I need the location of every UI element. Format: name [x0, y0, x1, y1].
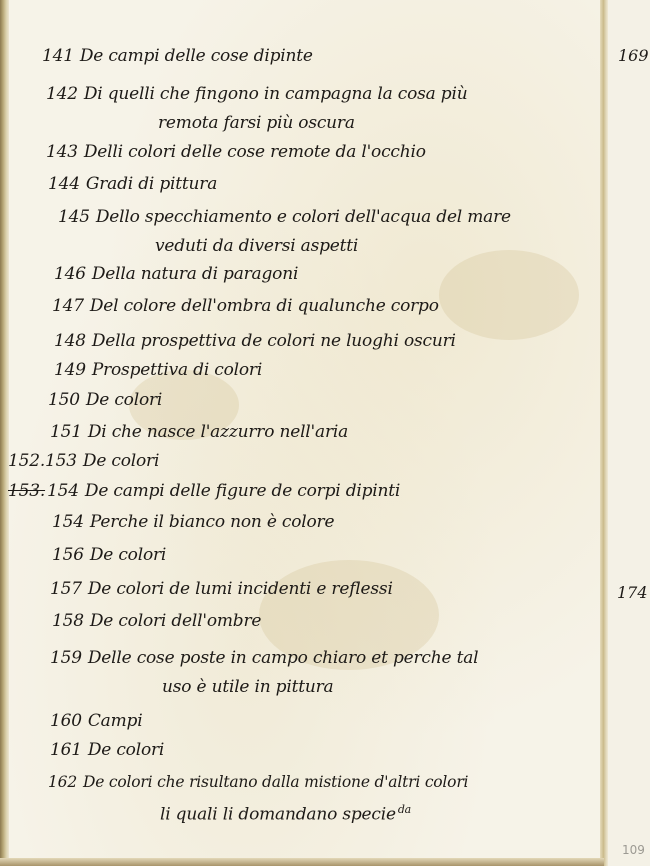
entry-text: Perche il bianco non è colore [90, 512, 334, 532]
entry-number: 154 [52, 512, 84, 532]
index-entry-154b: 154Perche il bianco non è colore [52, 512, 334, 532]
struck-entry-number: 153. [8, 481, 45, 501]
entry-number: 158 [52, 611, 84, 631]
manuscript-spread: 141De campi delle cose dipinte 142Di que… [0, 0, 650, 866]
index-entry-150: 150De colori [48, 390, 162, 410]
binding-edge [0, 0, 9, 866]
entry-text: De campi delle figure de corpi dipinti [85, 481, 400, 501]
entry-text: Dello specchiamento e colori dell'acqua … [96, 207, 511, 227]
entry-number: 144 [48, 174, 80, 194]
entry-text: De campi delle cose dipinte [80, 46, 313, 66]
entry-text: Delli colori delle cose remote da l'occh… [84, 142, 426, 162]
entry-number: 150 [48, 390, 80, 410]
folio-number: 109 [622, 843, 645, 857]
continuation-text: li quali li domandano specie [160, 805, 396, 825]
entry-text: Di quelli che fingono in campagna la cos… [84, 84, 468, 104]
entry-text: Prospettiva di colori [92, 360, 262, 380]
entry-text: De colori dell'ombre [90, 611, 261, 631]
index-entry-151: 151Di che nasce l'azzurro nell'aria [50, 422, 348, 442]
index-entry-145-continuation: veduti da diversi aspetti [155, 236, 358, 256]
index-entry-148: 148Della prospettiva de colori ne luoghi… [54, 331, 456, 351]
entry-number: 159 [50, 648, 82, 668]
entry-text: Gradi di pittura [86, 174, 217, 194]
index-entry-144: 144Gradi di pittura [48, 174, 217, 194]
entry-text: Del colore dell'ombra di qualunche corpo [90, 296, 439, 316]
entry-number: 147 [52, 296, 84, 316]
index-entry-160: 160Campi [50, 711, 142, 731]
entry-number: 161 [50, 740, 82, 760]
entry-text: Della prospettiva de colori ne luoghi os… [92, 331, 456, 351]
entry-text: De colori [88, 740, 164, 760]
superscript-insertion: da [398, 803, 411, 816]
entry-number: 152.153 [8, 451, 77, 471]
index-entry-152-153: 152.153De colori [8, 451, 159, 471]
index-entry-158: 158De colori dell'ombre [52, 611, 261, 631]
index-entry-161: 161De colori [50, 740, 164, 760]
index-entry-154a: 153.154De campi delle figure de corpi di… [8, 481, 400, 501]
index-entry-149: 149Prospettiva di colori [54, 360, 262, 380]
entry-number: 142 [46, 84, 78, 104]
index-entry-157: 157De colori de lumi incidenti e refless… [50, 579, 393, 599]
page-gutter [600, 0, 608, 866]
index-entry-162: 162De colori che risultano dalla mistion… [48, 773, 468, 791]
entry-number: 148 [54, 331, 86, 351]
index-entry-142: 142Di quelli che fingono in campagna la … [46, 84, 467, 104]
right-page-number-169: 169 [618, 46, 649, 65]
index-entry-141: 141De campi delle cose dipinte [42, 46, 313, 66]
entry-number: 149 [54, 360, 86, 380]
entry-number: 157 [50, 579, 82, 599]
index-entry-142-continuation: remota farsi più oscura [158, 113, 355, 133]
entry-number: 143 [46, 142, 78, 162]
bottom-edge [0, 858, 604, 866]
entry-number: 156 [52, 545, 84, 565]
entry-text: De colori [83, 451, 159, 471]
index-entry-156: 156De colori [52, 545, 166, 565]
entry-text: Della natura di paragoni [92, 264, 298, 284]
entry-number: 162 [48, 773, 77, 791]
entry-text: De colori de lumi incidenti e reflessi [88, 579, 393, 599]
index-entry-159: 159Delle cose poste in campo chiaro et p… [50, 648, 478, 668]
index-entry-162-continuation: li quali li domandano specieda [160, 803, 411, 825]
entry-text: Campi [88, 711, 143, 731]
index-entry-143: 143Delli colori delle cose remote da l'o… [46, 142, 426, 162]
entry-text: De colori che risultano dalla mistione d… [83, 773, 468, 791]
entry-number: 141 [42, 46, 74, 66]
entry-number: 145 [58, 207, 90, 227]
index-entry-147: 147Del colore dell'ombra di qualunche co… [52, 296, 439, 316]
entry-number: 160 [50, 711, 82, 731]
entry-text: De colori [86, 390, 162, 410]
entry-number: 146 [54, 264, 86, 284]
index-entry-145: 145Dello specchiamento e colori dell'acq… [58, 207, 511, 227]
right-page-sliver [608, 0, 650, 866]
entry-text: De colori [90, 545, 166, 565]
paper-stain [439, 250, 579, 340]
entry-text: Di che nasce l'azzurro nell'aria [88, 422, 348, 442]
entry-text: Delle cose poste in campo chiaro et perc… [88, 648, 479, 668]
entry-number: 154 [47, 481, 79, 501]
index-entry-146: 146Della natura di paragoni [54, 264, 298, 284]
entry-number: 151 [50, 422, 82, 442]
right-page-number-174: 174 [617, 583, 648, 602]
index-entry-159-continuation: uso è utile in pittura [162, 677, 333, 697]
